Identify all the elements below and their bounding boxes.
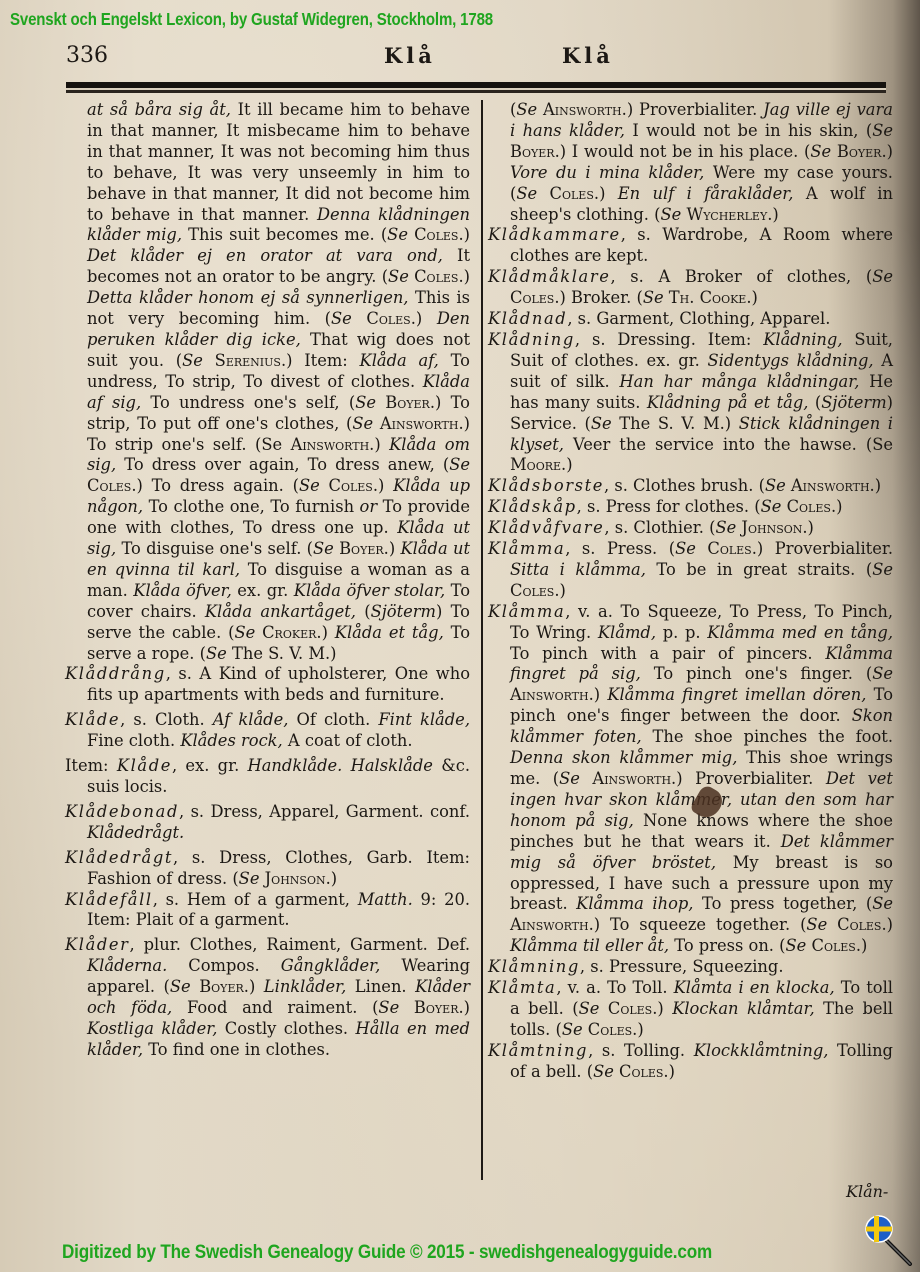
definition-text: .) bbox=[369, 435, 389, 454]
source-citation: Boyer bbox=[191, 977, 244, 996]
dictionary-entry: Klåmta, v. a. To Toll. Klåmta i en klock… bbox=[488, 978, 893, 1041]
headword: Klåddrång bbox=[65, 664, 166, 683]
headword: Klådedrågt bbox=[65, 848, 173, 867]
definition-text: .) bbox=[554, 581, 566, 600]
definition-text: .) Proverbialiter. bbox=[622, 100, 764, 119]
swedish-example: Se bbox=[872, 267, 893, 286]
definition-text: .) bbox=[663, 1062, 675, 1081]
source-citation: Boyer bbox=[334, 539, 384, 558]
definition-text: .) bbox=[856, 936, 868, 955]
swedish-example: Klådes rock, bbox=[180, 731, 282, 750]
headword: Klåmma bbox=[488, 539, 565, 558]
source-citation: Coles bbox=[806, 936, 856, 955]
headword: Klåmtning bbox=[488, 1041, 588, 1060]
dictionary-entry: Klådebonad, s. Dress, Apparel, Garment. … bbox=[65, 802, 470, 844]
swedish-example: Klåmd, bbox=[598, 623, 656, 642]
left-column: at så båra sig åt, It ill became him to … bbox=[65, 100, 470, 1061]
source-citation: Boyer bbox=[376, 393, 430, 412]
swedish-example: Linklåder, bbox=[264, 977, 347, 996]
source-citation: Ainsworth bbox=[537, 100, 621, 119]
running-head-right: Klå bbox=[562, 43, 614, 68]
swedish-example: Se bbox=[593, 1062, 614, 1081]
headword: Klådkammare bbox=[488, 225, 621, 244]
swedish-example: Se bbox=[182, 351, 203, 370]
swedish-example: Klådning, bbox=[763, 330, 842, 349]
source-citation: Coles bbox=[781, 497, 831, 516]
headword: Klådebonad bbox=[65, 802, 179, 821]
headword: Klåmning bbox=[488, 957, 580, 976]
swedish-example: Se bbox=[810, 142, 831, 161]
definition-text: .) bbox=[881, 915, 893, 934]
definition-text: , s. Tolling. bbox=[588, 1041, 694, 1060]
swedish-example: at så båra sig åt, bbox=[87, 100, 231, 119]
definition-text: Food and raiment. ( bbox=[172, 998, 378, 1017]
swedish-flag-magnifier-icon bbox=[864, 1214, 916, 1266]
swedish-example: Se bbox=[313, 539, 334, 558]
source-citation: Coles bbox=[696, 539, 752, 558]
dictionary-entry: Klåder, plur. Clothes, Raiment, Garment.… bbox=[65, 935, 470, 1060]
right-column: (Se Ainsworth.) Proverbialiter. Jag vill… bbox=[488, 100, 893, 1083]
swedish-example: Se bbox=[786, 936, 807, 955]
headword: Klådvåfvare bbox=[488, 518, 604, 537]
source-citation: Ainsworth bbox=[580, 769, 671, 788]
dictionary-entry: Klåddrång, s. A Kind of upholsterer, One… bbox=[65, 664, 470, 706]
swedish-example: Sjöterm bbox=[821, 393, 886, 412]
definition-text: .) bbox=[411, 309, 437, 328]
swedish-example: Se bbox=[661, 205, 682, 224]
swedish-example: Klåda et tåg, bbox=[335, 623, 444, 642]
source-citation: Coles bbox=[537, 184, 594, 203]
swedish-example: Se bbox=[579, 999, 600, 1018]
definition-text: , s. Press for clothes. ( bbox=[577, 497, 761, 516]
definition-text: .) bbox=[316, 623, 334, 642]
headword: Klådsborste bbox=[488, 476, 604, 495]
source-citation: Coles bbox=[583, 1020, 633, 1039]
swedish-example: Gångklåder, bbox=[281, 956, 381, 975]
definition-text: .) bbox=[373, 476, 393, 495]
swedish-example: Klåmma ihop, bbox=[576, 894, 693, 913]
dictionary-entry: Klådvåfvare, s. Clothier. (Se Johnson.) bbox=[488, 518, 893, 539]
headword: Klåder bbox=[65, 935, 130, 954]
swedish-example: En ulf i fåraklåder, bbox=[618, 184, 794, 203]
catchword: Klån- bbox=[846, 1182, 888, 1201]
definition-text: , s. Press. ( bbox=[565, 539, 675, 558]
source-citation: Serenius bbox=[203, 351, 281, 370]
definition-text: Linen. bbox=[346, 977, 415, 996]
swedish-example: Se bbox=[387, 225, 408, 244]
definition-text: .) bbox=[458, 267, 470, 286]
swedish-example: Se bbox=[761, 497, 782, 516]
definition-text: , s. Dressing. Item: bbox=[575, 330, 763, 349]
dictionary-entry: Klådnad, s. Garment, Clothing, Apparel. bbox=[488, 309, 893, 330]
dictionary-entry: Klåmma, v. a. To Squeeze, To Press, To P… bbox=[488, 602, 893, 957]
dictionary-entry: Klådefåll, s. Hem of a garment, Matth. 9… bbox=[65, 890, 470, 932]
definition-text: .) bbox=[244, 977, 264, 996]
headword: Klåmta bbox=[488, 978, 556, 997]
definition-text: .) bbox=[589, 685, 608, 704]
swedish-example: Klådning på et tåg, bbox=[647, 393, 809, 412]
definition-text: Veer the service into the hawse. (Se bbox=[564, 435, 893, 454]
swedish-example: Sidentygs klådning, bbox=[708, 351, 874, 370]
headword: Klådning bbox=[488, 330, 575, 349]
headword: Klådefåll bbox=[65, 890, 153, 909]
definition-text: The S. V. M.) bbox=[612, 414, 739, 433]
swedish-example: Se bbox=[872, 664, 893, 683]
source-citation: Ainsworth bbox=[510, 915, 589, 934]
swedish-example: Klådedrågt. bbox=[87, 823, 184, 842]
definition-text: , s. Garment, Clothing, Apparel. bbox=[567, 309, 830, 328]
swedish-example: Klåmma fingret imellan dören, bbox=[607, 685, 866, 704]
swedish-example: Se bbox=[872, 121, 893, 140]
swedish-example: Se bbox=[378, 998, 399, 1017]
dictionary-entry: Klådedrågt, s. Dress, Clothes, Garb. Ite… bbox=[65, 848, 470, 890]
definition-text: To clothe one, To furnish bbox=[143, 497, 359, 516]
definition-text: .) bbox=[632, 1020, 644, 1039]
source-citation: Coles bbox=[408, 225, 458, 244]
source-citation: Coles bbox=[599, 999, 652, 1018]
swedish-example: Det klåder ej en orator at vara ond, bbox=[87, 246, 443, 265]
source-citation: Wycherley bbox=[681, 205, 767, 224]
swedish-example: Se bbox=[388, 267, 409, 286]
source-citation: Johnson bbox=[259, 869, 325, 888]
definition-text: This suit becomes me. ( bbox=[182, 225, 387, 244]
swedish-example: Se bbox=[355, 393, 376, 412]
definition-text: Item: bbox=[65, 756, 117, 775]
swedish-example: Se bbox=[449, 455, 470, 474]
definition-text: To find one in clothes. bbox=[143, 1040, 330, 1059]
headword: Klådskåp bbox=[488, 497, 577, 516]
definition-text: , ex. gr. bbox=[172, 756, 248, 775]
definition-text: , s. Clothier. ( bbox=[604, 518, 715, 537]
definition-text: ex. gr. bbox=[232, 581, 294, 600]
swedish-example: Se bbox=[715, 518, 736, 537]
source-citation: Coles bbox=[409, 267, 459, 286]
definition-text: , s. Cloth. bbox=[120, 710, 213, 729]
definition-text: The shoe pinches the foot. bbox=[642, 727, 893, 746]
definition-text: Of cloth. bbox=[288, 710, 378, 729]
swedish-example: Klockklåmtning, bbox=[694, 1041, 829, 1060]
source-citation: Ainsworth bbox=[786, 476, 870, 495]
definition-text: .) bbox=[870, 476, 882, 495]
swedish-example: Detta klåder honom ej så synnerligen, bbox=[87, 288, 409, 307]
swedish-example: Se bbox=[516, 184, 537, 203]
dictionary-entry: Klådskåp, s. Press for clothes. (Se Cole… bbox=[488, 497, 893, 518]
definition-text: To disguise one's self. ( bbox=[116, 539, 313, 558]
running-head-left: Klå bbox=[384, 43, 436, 68]
definition-text: .) bbox=[384, 539, 401, 558]
definition-text: .) To dress again. ( bbox=[131, 476, 299, 495]
swedish-example: Klåda öfver stolar, bbox=[294, 581, 445, 600]
swedish-example: Se bbox=[559, 769, 580, 788]
definition-text: , s. A Broker of clothes, ( bbox=[610, 267, 872, 286]
swedish-example: Klåda ankartåget, bbox=[205, 602, 356, 621]
definition-text: ( bbox=[808, 393, 821, 412]
definition-text: To press together, ( bbox=[693, 894, 872, 913]
definition-text: Fine cloth. bbox=[87, 731, 180, 750]
swedish-example: Se bbox=[675, 539, 696, 558]
headword: Klådmåklare bbox=[488, 267, 610, 286]
dictionary-entry: Klådmåklare, s. A Broker of clothes, (Se… bbox=[488, 267, 893, 309]
definition-text: To be in great straits. ( bbox=[646, 560, 872, 579]
swedish-example: Se bbox=[299, 476, 320, 495]
definition-text: .) To squeeze together. ( bbox=[589, 915, 807, 934]
swedish-example: Se bbox=[234, 623, 255, 642]
swedish-example: Se bbox=[352, 414, 373, 433]
definition-text: .) Proverbialiter. bbox=[752, 539, 893, 558]
dictionary-entry: Klådsborste, s. Clothes brush. (Se Ainsw… bbox=[488, 476, 893, 497]
definition-text: .) bbox=[594, 184, 618, 203]
definition-text: To pinch one's finger. ( bbox=[641, 664, 872, 683]
definition-text: I would not be in his skin, ( bbox=[625, 121, 872, 140]
entry-continuation: (Se Ainsworth.) Proverbialiter. Jag vill… bbox=[488, 100, 893, 225]
definition-text: .) bbox=[767, 205, 779, 224]
definition-text: , s. Clothes brush. ( bbox=[604, 476, 765, 495]
source-citation: Coles bbox=[87, 476, 131, 495]
definition-text: Compos. bbox=[167, 956, 280, 975]
definition-text: .) bbox=[881, 142, 893, 161]
definition-text: .) bbox=[802, 518, 814, 537]
source-citation: Coles bbox=[320, 476, 373, 495]
swedish-example: or bbox=[360, 497, 378, 516]
swedish-example: Klockan klåmtar, bbox=[672, 999, 814, 1018]
dictionary-entry: Klåmma, s. Press. (Se Coles.) Proverbial… bbox=[488, 539, 893, 602]
source-citation: Ainsworth bbox=[291, 435, 370, 454]
dictionary-entry: Klådning, s. Dressing. Item: Klådning, S… bbox=[488, 330, 893, 476]
source-citation: Coles bbox=[614, 1062, 664, 1081]
digitization-credit-watermark: Digitized by The Swedish Genealogy Guide… bbox=[62, 1242, 712, 1264]
definition-text: .) Proverbialiter. bbox=[671, 769, 826, 788]
swedish-example: Se bbox=[591, 414, 612, 433]
source-citation: Croker bbox=[255, 623, 316, 642]
dictionary-entry: Klåde, s. Cloth. Af klåde, Of cloth. Fin… bbox=[65, 710, 470, 752]
swedish-example: Fint klåde, bbox=[378, 710, 470, 729]
source-citation: Coles bbox=[510, 581, 554, 600]
definition-text: .) Item: bbox=[281, 351, 360, 370]
definition-text: The S. V. M.) bbox=[227, 644, 337, 663]
dictionary-entry: Item: Klåde, ex. gr. Handklåde. Halsklåd… bbox=[65, 756, 470, 798]
headword: Klåde bbox=[65, 710, 120, 729]
definition-text: , s. Dress, Apparel, Garment. conf. bbox=[179, 802, 470, 821]
definition-text: Costly clothes. bbox=[217, 1019, 355, 1038]
swedish-example: Klåmta i en klocka, bbox=[674, 978, 835, 997]
swedish-example: Se bbox=[331, 309, 352, 328]
swedish-example: Denna skon klåmmer mig, bbox=[510, 748, 737, 767]
swedish-example: Klåderna. bbox=[87, 956, 167, 975]
definition-text: A coat of cloth. bbox=[283, 731, 413, 750]
definition-text: , s. Pressure, Squeezing. bbox=[580, 957, 784, 976]
definition-text: .) bbox=[831, 497, 843, 516]
swedish-example: Handklåde. Halsklåde bbox=[248, 756, 433, 775]
definition-text: To dress over again, To dress anew, ( bbox=[116, 455, 449, 474]
source-citation: Boyer bbox=[510, 142, 555, 161]
definition-text: .) Broker. ( bbox=[554, 288, 642, 307]
swedish-example: Se bbox=[806, 915, 827, 934]
page-number: 336 bbox=[66, 43, 108, 68]
headword: Klåde bbox=[117, 756, 172, 775]
source-citation: Coles bbox=[510, 288, 554, 307]
swedish-example: Sitta i klåmma, bbox=[510, 560, 646, 579]
swedish-example: Matth. bbox=[358, 890, 413, 909]
definition-text: .) bbox=[458, 225, 470, 244]
dictionary-entry: Klåmtning, s. Tolling. Klockklåmtning, T… bbox=[488, 1041, 893, 1083]
swedish-example: Klåda af, bbox=[360, 351, 439, 370]
swedish-example: Se bbox=[206, 644, 227, 663]
definition-text: .) bbox=[458, 998, 470, 1017]
definition-text: .) bbox=[326, 869, 338, 888]
source-citation: Coles bbox=[827, 915, 881, 934]
definition-text: p. p. bbox=[656, 623, 707, 642]
source-citation: Coles bbox=[352, 309, 411, 328]
swedish-example: Vore du i mina klåder, bbox=[510, 163, 704, 182]
swedish-example: Se bbox=[516, 100, 537, 119]
source-citation: Boyer bbox=[831, 142, 881, 161]
swedish-example: Kostliga klåder, bbox=[87, 1019, 217, 1038]
definition-text: To press on. ( bbox=[669, 936, 785, 955]
swedish-example: Klåmma til eller åt, bbox=[510, 936, 669, 955]
definition-text: ( bbox=[356, 602, 371, 621]
dictionary-entry: Klådkammare, s. Wardrobe, A Room where c… bbox=[488, 225, 893, 267]
swedish-example: Se bbox=[872, 560, 893, 579]
source-citation: Th. Cooke bbox=[664, 288, 747, 307]
headword: Klådnad bbox=[488, 309, 567, 328]
definition-text: , s. Hem of a garment, bbox=[153, 890, 358, 909]
definition-text: .) bbox=[746, 288, 758, 307]
source-citation: Ainsworth bbox=[373, 414, 458, 433]
definition-text: To undress one's self, ( bbox=[141, 393, 355, 412]
swedish-example: Af klåde, bbox=[213, 710, 289, 729]
swedish-example: Se bbox=[170, 977, 191, 996]
definition-text: .) I would not be in his place. ( bbox=[555, 142, 811, 161]
source-citation: Boyer bbox=[399, 998, 458, 1017]
swedish-example: Se bbox=[239, 869, 260, 888]
headword: Klåmma bbox=[488, 602, 565, 621]
header-rule bbox=[66, 82, 886, 90]
swedish-example: Klåmma med en tång, bbox=[707, 623, 893, 642]
swedish-example: Se bbox=[562, 1020, 583, 1039]
entry-continuation: at så båra sig åt, It ill became him to … bbox=[65, 100, 470, 664]
definition-text: , v. a. To Toll. bbox=[556, 978, 673, 997]
source-citation: Johnson bbox=[736, 518, 802, 537]
definition-text: .) bbox=[652, 999, 672, 1018]
source-citation: Ainsworth bbox=[510, 685, 589, 704]
swedish-example: Se bbox=[643, 288, 664, 307]
source-citation: Moore bbox=[510, 455, 561, 474]
definition-text: .) bbox=[561, 455, 573, 474]
column-divider bbox=[481, 100, 483, 1180]
digitization-title-watermark: Svenskt och Engelskt Lexicon, by Gustaf … bbox=[10, 9, 493, 30]
swedish-example: Se bbox=[765, 476, 786, 495]
dictionary-entry: Klåmning, s. Pressure, Squeezing. bbox=[488, 957, 893, 978]
swedish-example: Se bbox=[872, 894, 893, 913]
definition-text: To pinch with a pair of pincers. bbox=[510, 644, 825, 663]
swedish-example: Sjöterm bbox=[371, 602, 436, 621]
swedish-example: Han har många klådningar, bbox=[619, 372, 859, 391]
definition-text: , plur. Clothes, Raiment, Garment. Def. bbox=[130, 935, 470, 954]
swedish-example: Klåda öfver, bbox=[133, 581, 232, 600]
